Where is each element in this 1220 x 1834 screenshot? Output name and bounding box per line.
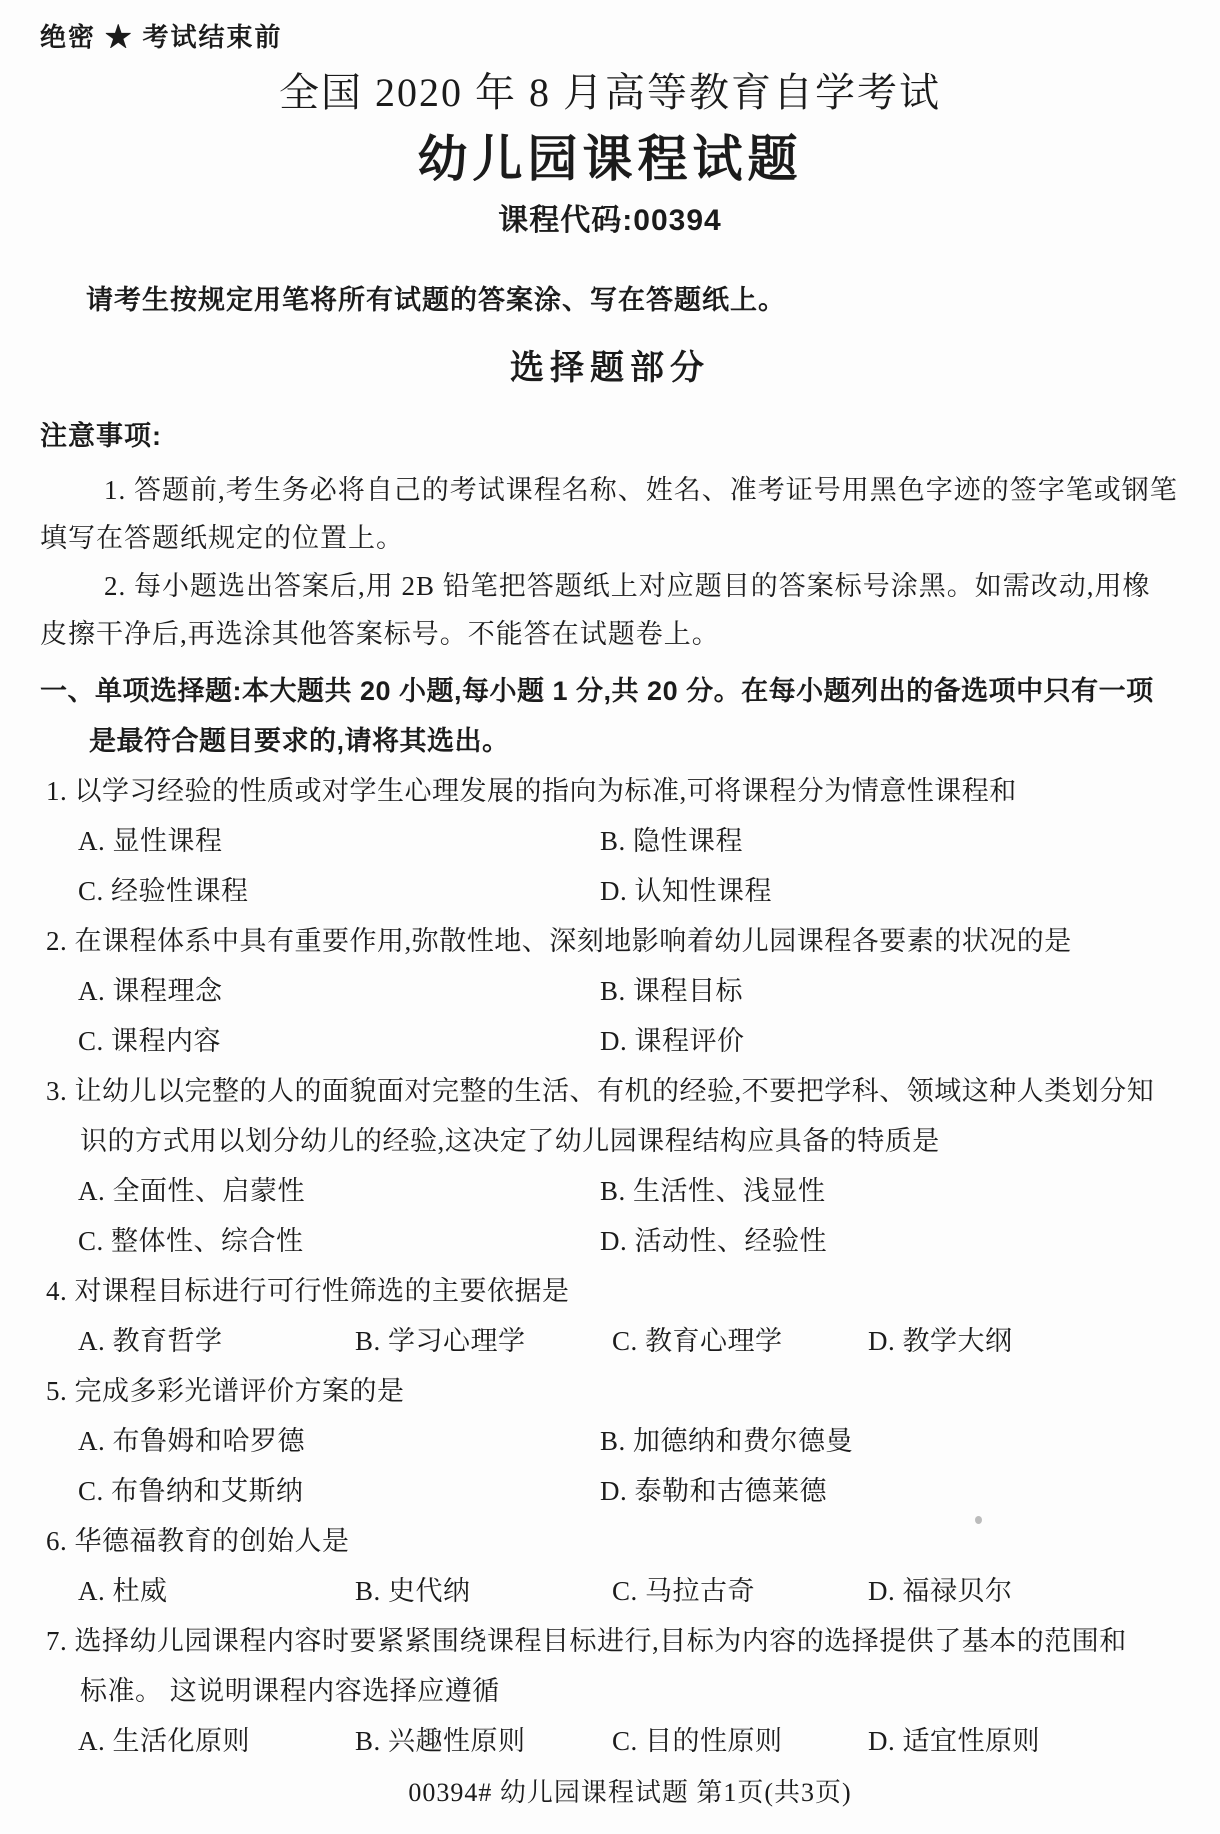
- option-a: A. 杜威: [78, 1566, 355, 1616]
- question-stem-line: 6. 华德福教育的创始人是: [0, 1516, 1220, 1566]
- options-row: A. 杜威 B. 史代纳 C. 马拉古奇 D. 福禄贝尔: [0, 1566, 1220, 1616]
- page-footer: 00394# 幼儿园课程试题 第1页(共3页): [20, 1778, 1220, 1808]
- option-b: B. 史代纳: [355, 1566, 612, 1616]
- option-b: B. 加德纳和费尔德曼: [600, 1416, 853, 1466]
- option-a: A. 教育哲学: [78, 1316, 355, 1366]
- note-line: 1. 答题前,考生务必将自己的考试课程名称、姓名、准考证号用黑色字迹的签字笔或钢…: [0, 466, 1220, 514]
- question-5: 5. 完成多彩光谱评价方案的是 A. 布鲁姆和哈罗德 B. 加德纳和费尔德曼 C…: [0, 1366, 1220, 1516]
- option-a: A. 布鲁姆和哈罗德: [78, 1416, 600, 1466]
- options-row: A. 课程理念 B. 课程目标: [0, 966, 1220, 1016]
- options-row: C. 布鲁纳和艾斯纳 D. 泰勒和古德莱德: [0, 1466, 1220, 1516]
- question-stem-line: 4. 对课程目标进行可行性筛选的主要依据是: [0, 1266, 1220, 1316]
- paper-title: 幼儿园课程试题: [0, 132, 1220, 186]
- options-row: C. 经验性课程 D. 认知性课程: [0, 866, 1220, 916]
- option-b: B. 隐性课程: [600, 816, 743, 866]
- question-2: 2. 在课程体系中具有重要作用,弥散性地、深刻地影响着幼儿园课程各要素的状况的是…: [0, 916, 1220, 1066]
- options-row: A. 教育哲学 B. 学习心理学 C. 教育心理学 D. 教学大纲: [0, 1316, 1220, 1366]
- option-c: C. 经验性课程: [78, 866, 600, 916]
- scan-artifact-dot: [975, 1516, 982, 1524]
- question-stem-line: 识的方式用以划分幼儿的经验,这决定了幼儿园课程结构应具备的特质是: [0, 1116, 1220, 1166]
- question-stem-line: 7. 选择幼儿园课程内容时要紧紧围绕课程目标进行,目标为内容的选择提供了基本的范…: [0, 1616, 1220, 1666]
- option-a: A. 生活化原则: [78, 1716, 355, 1766]
- question-stem-line: 3. 让幼儿以完整的人的面貌面对完整的生活、有机的经验,不要把学科、领域这种人类…: [0, 1066, 1220, 1116]
- options-row: A. 全面性、启蒙性 B. 生活性、浅显性: [0, 1166, 1220, 1216]
- option-c: C. 整体性、综合性: [78, 1216, 600, 1266]
- option-d: D. 福禄贝尔: [868, 1566, 1013, 1616]
- option-c: C. 目的性原则: [612, 1716, 868, 1766]
- options-row: A. 显性课程 B. 隐性课程: [0, 816, 1220, 866]
- option-c: C. 布鲁纳和艾斯纳: [78, 1466, 600, 1516]
- question-stem-line: 5. 完成多彩光谱评价方案的是: [0, 1366, 1220, 1416]
- option-d: D. 认知性课程: [600, 866, 772, 916]
- part-title-multiple-choice: 选择题部分: [0, 348, 1220, 388]
- questions-area: 1. 以学习经验的性质或对学生心理发展的指向为标准,可将课程分为情意性课程和 A…: [0, 766, 1220, 1766]
- question-4: 4. 对课程目标进行可行性筛选的主要依据是 A. 教育哲学 B. 学习心理学 C…: [0, 1266, 1220, 1366]
- note-line: 皮擦干净后,再选涂其他答案标号。不能答在试题卷上。: [0, 610, 1220, 658]
- question-stem-line: 标准。 这说明课程内容选择应遵循: [0, 1666, 1220, 1716]
- question-1: 1. 以学习经验的性质或对学生心理发展的指向为标准,可将课程分为情意性课程和 A…: [0, 766, 1220, 916]
- option-d: D. 适宜性原则: [868, 1716, 1040, 1766]
- question-6: 6. 华德福教育的创始人是 A. 杜威 B. 史代纳 C. 马拉古奇 D. 福禄…: [0, 1516, 1220, 1616]
- section-heading-line: 是最符合题目要求的,请将其选出。: [0, 716, 1220, 766]
- notes-heading: 注意事项:: [40, 420, 1220, 452]
- option-b: B. 课程目标: [600, 966, 743, 1016]
- option-b: B. 生活性、浅显性: [600, 1166, 826, 1216]
- course-code: 课程代码:00394: [0, 204, 1220, 238]
- notes-block: 1. 答题前,考生务必将自己的考试课程名称、姓名、准考证号用黑色字迹的签字笔或钢…: [0, 466, 1220, 658]
- option-d: D. 活动性、经验性: [600, 1216, 827, 1266]
- option-a: A. 课程理念: [78, 966, 600, 1016]
- options-row: C. 课程内容 D. 课程评价: [0, 1016, 1220, 1066]
- options-row: A. 生活化原则 B. 兴趣性原则 C. 目的性原则 D. 适宜性原则: [0, 1716, 1220, 1766]
- question-stem-line: 2. 在课程体系中具有重要作用,弥散性地、深刻地影响着幼儿园课程各要素的状况的是: [0, 916, 1220, 966]
- option-b: B. 学习心理学: [355, 1316, 612, 1366]
- question-3: 3. 让幼儿以完整的人的面貌面对完整的生活、有机的经验,不要把学科、领域这种人类…: [0, 1066, 1220, 1266]
- answer-sheet-instruction: 请考生按规定用笔将所有试题的答案涂、写在答题纸上。: [86, 284, 1220, 316]
- option-c: C. 马拉古奇: [612, 1566, 868, 1616]
- note-line: 填写在答题纸规定的位置上。: [0, 514, 1220, 562]
- note-line: 2. 每小题选出答案后,用 2B 铅笔把答题纸上对应题目的答案标号涂黑。如需改动…: [0, 562, 1220, 610]
- option-a: A. 全面性、启蒙性: [78, 1166, 600, 1216]
- exam-paper-page: 绝密 ★ 考试结束前 全国 2020 年 8 月高等教育自学考试 幼儿园课程试题…: [0, 0, 1220, 1834]
- option-c: C. 课程内容: [78, 1016, 600, 1066]
- option-a: A. 显性课程: [78, 816, 600, 866]
- options-row: A. 布鲁姆和哈罗德 B. 加德纳和费尔德曼: [0, 1416, 1220, 1466]
- option-b: B. 兴趣性原则: [355, 1716, 612, 1766]
- option-d: D. 课程评价: [600, 1016, 745, 1066]
- option-d: D. 泰勒和古德莱德: [600, 1466, 827, 1516]
- options-row: C. 整体性、综合性 D. 活动性、经验性: [0, 1216, 1220, 1266]
- section-heading-line: 一、单项选择题:本大题共 20 小题,每小题 1 分,共 20 分。在每小题列出…: [0, 666, 1220, 716]
- secrecy-banner: 绝密 ★ 考试结束前: [0, 0, 1220, 52]
- option-c: C. 教育心理学: [612, 1316, 868, 1366]
- section-one-heading: 一、单项选择题:本大题共 20 小题,每小题 1 分,共 20 分。在每小题列出…: [0, 666, 1220, 766]
- exam-title: 全国 2020 年 8 月高等教育自学考试: [0, 70, 1220, 116]
- question-7: 7. 选择幼儿园课程内容时要紧紧围绕课程目标进行,目标为内容的选择提供了基本的范…: [0, 1616, 1220, 1766]
- option-d: D. 教学大纲: [868, 1316, 1013, 1366]
- question-stem-line: 1. 以学习经验的性质或对学生心理发展的指向为标准,可将课程分为情意性课程和: [0, 766, 1220, 816]
